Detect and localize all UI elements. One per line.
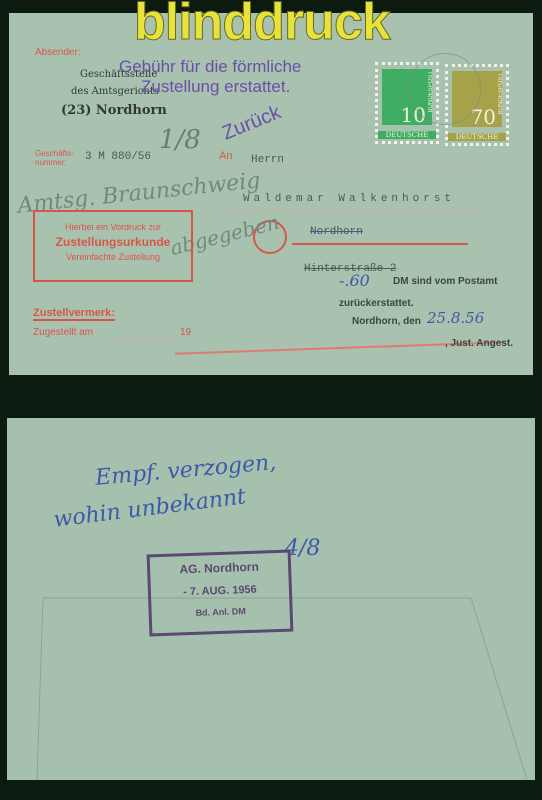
recipient-city: Nordhorn xyxy=(310,226,363,238)
refund-date: 25.8.56 xyxy=(427,309,484,327)
case-number-label: Geschäfts- nummer: xyxy=(35,149,74,167)
fee-stamp-line-2: Zustellung erstattet. xyxy=(141,78,290,95)
case-number: 3 M 880/56 xyxy=(85,151,151,163)
case-number-label-1: Geschäfts- xyxy=(35,149,74,158)
envelope-back: Empf. verzogen, wohin unbekannt 4/8 AG. … xyxy=(7,418,535,780)
signature-title: , Just. Angest. xyxy=(445,338,513,349)
stamp-vertical-text: BUNDESPOST xyxy=(498,73,504,114)
to-label: An xyxy=(219,150,232,162)
fee-stamp-line-1: Gebühr für die förmliche xyxy=(119,58,301,75)
place-label: Nordhorn, den xyxy=(352,316,421,327)
recipient-name: Waldemar Walkenhorst xyxy=(243,193,455,205)
return-stamp: Zurück xyxy=(219,102,283,143)
address-line-2 xyxy=(220,208,480,209)
stamp-country: DEUTSCHE xyxy=(378,131,436,139)
stamp-country: DEUTSCHE xyxy=(448,133,506,141)
delivery-form-box: Hierbei ein Vordruck zur Zustellungsurku… xyxy=(33,210,193,282)
delivered-date-line xyxy=(106,338,176,339)
court-stamp-footer: Bd. Anl. DM xyxy=(152,605,290,620)
year-prefix: 19 xyxy=(180,327,191,338)
recipient-salutation: Herrn xyxy=(251,154,284,166)
box-line-2: Zustellungsurkunde xyxy=(35,235,191,249)
case-number-label-2: nummer: xyxy=(35,158,74,167)
postmark-circle xyxy=(409,53,481,125)
delivered-on-label: Zugestellt am xyxy=(33,327,93,338)
refund-text-2: zurückerstattet. xyxy=(339,298,413,309)
box-line-3: Vereinfachte Zustellung xyxy=(35,252,191,262)
court-stamp-title: AG. Nordhorn xyxy=(150,559,288,578)
sender-line-3: (23) Nordhorn xyxy=(61,103,167,118)
footer-bd: Bd. xyxy=(195,607,210,617)
delivery-note-label: Zustellvermerk: xyxy=(33,307,115,321)
sender-label: Absender: xyxy=(35,47,81,58)
handwritten-fraction: 1/8 xyxy=(159,125,201,155)
footer-anl: Anl. xyxy=(212,607,229,618)
court-receipt-stamp: AG. Nordhorn - 7. AUG. 1956 Bd. Anl. DM xyxy=(147,550,294,637)
refund-text-1: DM sind vom Postamt xyxy=(393,276,497,287)
red-underline xyxy=(292,243,468,245)
refund-amount: -.60 xyxy=(339,271,370,290)
watermark: blinddruck xyxy=(134,0,390,48)
footer-dm: DM xyxy=(232,606,246,616)
box-line-1: Hierbei ein Vordruck zur xyxy=(35,222,191,232)
envelope-front: Absender: Geschäftsstelle des Amtsgerich… xyxy=(9,13,533,375)
court-stamp-date: - 7. AUG. 1956 xyxy=(151,583,289,600)
